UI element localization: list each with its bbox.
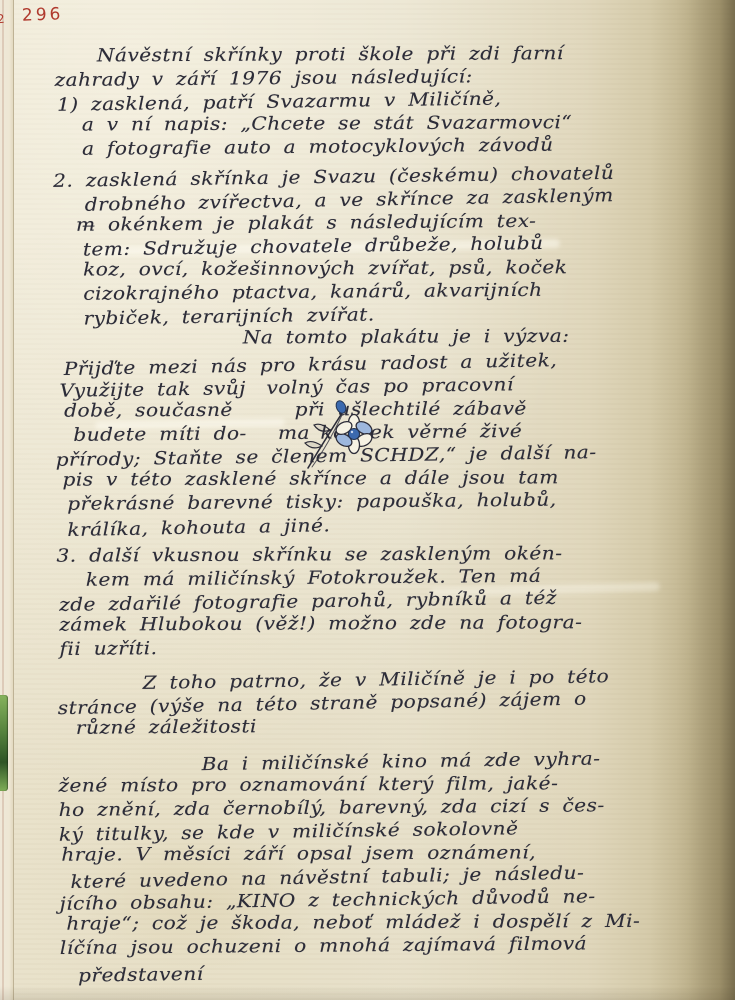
text-line: pis v této zasklené skřínce a dále jsou … bbox=[62, 465, 727, 491]
page-bottom-shadow bbox=[0, 986, 735, 1000]
flower-drawing bbox=[292, 390, 388, 474]
text-line: žené místo pro oznamování který film, ja… bbox=[58, 771, 730, 797]
text-line: líčína jsou ochuzeni o mnohá zajímavá fi… bbox=[60, 931, 732, 960]
text-line: zámek Hlubokou (věž!) možno zde na fotog… bbox=[59, 610, 729, 636]
page-number-secondary: 2 bbox=[0, 12, 5, 26]
text-line: a fotografie auto a motocyklových závodů bbox=[82, 132, 725, 161]
text-line: Na tomto plakátu je i výzva: bbox=[243, 324, 727, 349]
text-line: fii uzříti. bbox=[59, 632, 729, 661]
text-line: představení bbox=[78, 955, 732, 987]
text-line: hraje“; což je škoda, neboť mládež i dos… bbox=[66, 909, 731, 935]
manuscript-page: 2 296 Návěstní skřínky proti škole při z… bbox=[0, 0, 735, 1000]
text-line: koz, ovcí, kožešinnových zvířat, psů, ko… bbox=[83, 255, 726, 281]
manuscript-text: Návěstní skřínky proti škole při zdi far… bbox=[52, 40, 732, 986]
text-line: a v ní napis: „Chcete se stát Svazarmovc… bbox=[82, 110, 725, 136]
page-number: 296 bbox=[22, 4, 64, 25]
text-line: době, současně při ušlechtilé zábavě bbox=[64, 396, 727, 422]
previous-page-sliver bbox=[0, 695, 8, 791]
page-left-edge bbox=[0, 0, 14, 1000]
text-line: 3. další vkusnou skřínku se zaskleným ok… bbox=[56, 541, 728, 567]
text-line: Návěstní skřínky proti škole při zdi far… bbox=[97, 41, 724, 67]
